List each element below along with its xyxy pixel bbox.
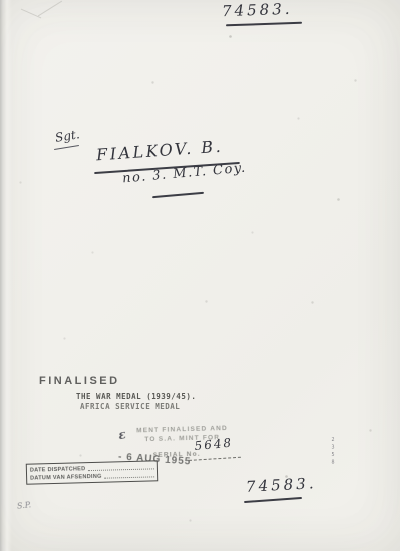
rank-underline	[54, 145, 79, 150]
surname-initials: FIALKOV. B.	[95, 137, 223, 165]
ink-flourish-mark: ε	[117, 427, 127, 442]
bottom-number-underline	[244, 497, 302, 503]
corner-initials: S.P.	[17, 500, 32, 510]
vertical-pencil-notation: 2358	[330, 437, 336, 477]
medal-entitlement-line-1: THE WAR MEDAL (1939/45).	[76, 392, 196, 401]
rank-annotation: Sgt.	[54, 127, 80, 145]
top-reference-number: 74583.	[222, 0, 293, 20]
scanned-document-page: 74583. Sgt. FIALKOV. B. no. 3. M.T. Coy.…	[0, 0, 400, 551]
bottom-reference-number: 74583.	[246, 474, 317, 496]
dispatch-date-stamp-box: DATE DISPATCHED DATUM VAN AFSENDING	[26, 460, 159, 484]
crease-mark	[21, 9, 42, 19]
mint-stamp-line-1: MENT FINALISED AND	[136, 425, 228, 434]
dispatch-label-afrikaans: DATUM VAN AFSENDING	[30, 474, 102, 482]
dispatch-dotted-line	[104, 472, 155, 478]
medal-entitlement-line-2: AFRICA SERVICE MEDAL	[80, 402, 180, 411]
unit-annotation: no. 3. M.T. Coy.	[122, 161, 248, 187]
mint-stamp-group: ε MENT FINALISED AND TO S.A. MINT FOR SE…	[114, 422, 264, 426]
crease-mark	[38, 1, 62, 17]
finalised-stamp: FINALISED	[39, 375, 120, 387]
paper-speckles	[0, 0, 1, 1]
serial-number-value: 5648	[194, 436, 234, 454]
scan-edge-shading	[0, 0, 12, 551]
unit-underline	[152, 192, 204, 198]
top-number-underline	[226, 22, 302, 26]
